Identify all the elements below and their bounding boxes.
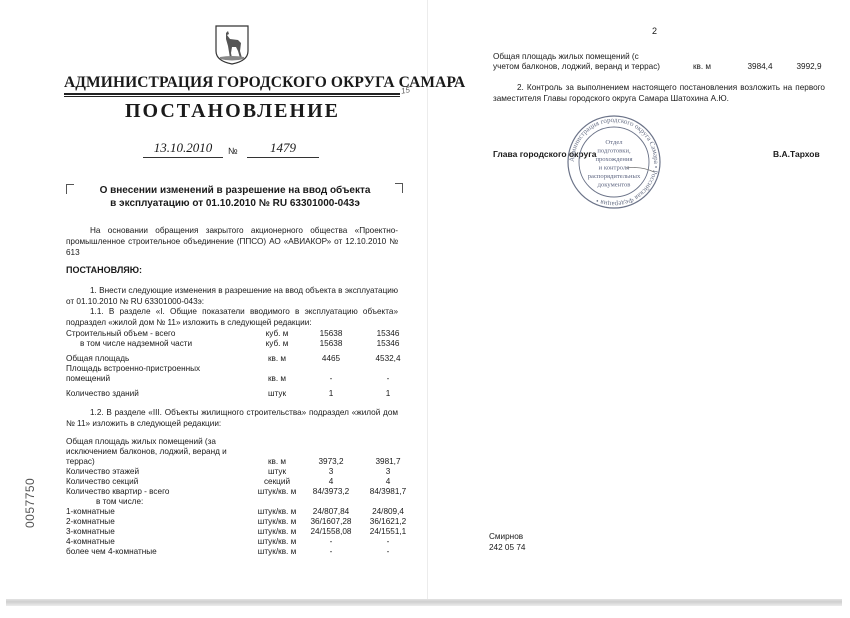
cell-unit: кв. м xyxy=(677,62,727,72)
basis-text: На основании обращения закрытого акционе… xyxy=(66,226,398,257)
cell-unit: штук/кв. м xyxy=(252,527,302,537)
cell-label: учетом балконов, лоджий, веранд и террас… xyxy=(493,62,693,72)
cell-old: 4465 xyxy=(296,354,366,364)
table-row: Общая площадь жилых помещений (за xyxy=(66,437,406,447)
signature-name: В.А.Тархов xyxy=(773,149,820,159)
table-row: Количество квартир - всегоштук/кв. м84/3… xyxy=(66,487,406,497)
section1-indicators-table: Строительный объем - всегокуб. м15638153… xyxy=(66,329,406,399)
table-row: 4-комнатныештук/кв. м-- xyxy=(66,537,406,547)
section3-housing-table: Общая площадь жилых помещений (заисключе… xyxy=(66,437,406,557)
cell-label: Количество секций xyxy=(66,477,236,487)
subject-bracket-left xyxy=(66,184,74,194)
table-row: в том числе надземной частикуб. м1563815… xyxy=(66,339,406,349)
table-row: 1-комнатныештук/кв. м24/807,8424/809,4 xyxy=(66,507,406,517)
cell-new: 15346 xyxy=(358,329,418,339)
cell-unit: штук/кв. м xyxy=(252,517,302,527)
cell-label: 3-комнатные xyxy=(66,527,236,537)
table-row: 3-комнатныештук/кв. м24/1558,0824/1551,1 xyxy=(66,527,406,537)
cell-unit: штук/кв. м xyxy=(252,537,302,547)
cell-new: 84/3981,7 xyxy=(358,487,418,497)
subject-line-1: О внесении изменений в разрешение на вво… xyxy=(80,184,390,197)
cell-old: 36/1607,28 xyxy=(296,517,366,527)
cell-old: - xyxy=(296,537,366,547)
cell-label: Общая площадь жилых помещений (за xyxy=(66,437,236,447)
svg-text:и контроля: и контроля xyxy=(599,165,630,172)
cell-label: более чем 4-комнатные xyxy=(66,547,236,557)
paragraph-2-text: 2. Контроль за выполнением настоящего по… xyxy=(493,83,825,103)
table-row: исключением балконов, лоджий, веранд и xyxy=(66,447,406,457)
cell-label: в том числе: xyxy=(66,497,266,507)
executor-phone: 242 05 74 xyxy=(489,542,525,553)
samara-coat-of-arms-icon xyxy=(214,25,250,65)
cell-new: 36/1621,2 xyxy=(358,517,418,527)
cell-old: 15638 xyxy=(296,339,366,349)
document-date: 13.10.2010 xyxy=(143,140,223,158)
subject-bracket-right xyxy=(395,183,403,193)
cell-unit: кв. м xyxy=(252,457,302,467)
cell-label: Строительный объем - всего xyxy=(66,329,236,339)
svg-text:документов: документов xyxy=(598,182,631,189)
cell-new: 15346 xyxy=(358,339,418,349)
svg-text:Отдел: Отдел xyxy=(605,139,623,146)
cell-label: Общая площадь xyxy=(66,354,236,364)
cell-old: 3 xyxy=(296,467,366,477)
header-rule-thick xyxy=(64,93,400,95)
archive-number: 0057750 xyxy=(23,468,37,528)
svg-text:распорядительных: распорядительных xyxy=(588,173,641,180)
cell-new: - xyxy=(358,547,418,557)
cell-old: - xyxy=(296,374,366,384)
cell-old: 24/1558,08 xyxy=(296,527,366,537)
table-row: Количество секцийсекций44 xyxy=(66,477,406,487)
paragraph-1: 1. Внести следующие изменения в разрешен… xyxy=(66,285,398,307)
scan-edge xyxy=(6,599,842,606)
cell-unit: куб. м xyxy=(252,339,302,349)
page-number: 2 xyxy=(652,26,657,36)
document-number: 1479 xyxy=(247,140,319,158)
svg-text:подготовки,: подготовки, xyxy=(597,148,631,155)
organization-title: АДМИНИСТРАЦИЯ ГОРОДСКОГО ОКРУГА САМАРА xyxy=(64,74,400,92)
margin-note: 15 xyxy=(400,85,410,95)
cell-new: 24/809,4 xyxy=(358,507,418,517)
cell-new: 3992,9 xyxy=(779,62,839,72)
cell-label: террас) xyxy=(66,457,236,467)
basis-paragraph: На основании обращения закрытого акционе… xyxy=(66,225,398,258)
paragraph-1-1: 1.1. В разделе «I. Общие показатели ввод… xyxy=(66,306,398,328)
cell-new: 3981,7 xyxy=(358,457,418,467)
paragraph-2: 2. Контроль за выполнением настоящего по… xyxy=(493,82,825,104)
cell-unit: секций xyxy=(252,477,302,487)
executor-name: Смирнов xyxy=(489,531,525,542)
document-subject: О внесении изменений в разрешение на вво… xyxy=(80,184,390,210)
cell-new: 3 xyxy=(358,467,418,477)
table-row: Строительный объем - всегокуб. м15638153… xyxy=(66,329,406,339)
cell-unit: штук xyxy=(252,389,302,399)
header-rule-thin xyxy=(64,96,400,97)
executor-info: Смирнов 242 05 74 xyxy=(489,531,525,553)
paragraph-1-text: 1. Внести следующие изменения в разрешен… xyxy=(66,286,398,306)
table-row: в том числе: xyxy=(66,497,406,507)
cell-label: Количество зданий xyxy=(66,389,236,399)
cell-unit: кв. м xyxy=(252,354,302,364)
cell-old: 3973,2 xyxy=(296,457,366,467)
cell-new: - xyxy=(358,537,418,547)
table-row: учетом балконов, лоджий, веранд и террас… xyxy=(493,62,823,72)
table-row: 2-комнатныештук/кв. м36/1607,2836/1621,2 xyxy=(66,517,406,527)
cell-label: 1-комнатные xyxy=(66,507,236,517)
cell-unit: кв. м xyxy=(252,374,302,384)
table-row: более чем 4-комнатныештук/кв. м-- xyxy=(66,547,406,557)
cell-new: 4532,4 xyxy=(358,354,418,364)
table-row: террас)кв. м3973,23981,7 xyxy=(66,457,406,467)
table-row: Площадь встроенно-пристроенных xyxy=(66,364,406,374)
cell-old: - xyxy=(296,547,366,557)
table-row: Общая площадькв. м44654532,4 xyxy=(66,354,406,364)
table-row: помещенийкв. м-- xyxy=(66,374,406,384)
table-row: Общая площадь жилых помещений (с xyxy=(493,52,823,62)
cell-unit: штук/кв. м xyxy=(252,547,302,557)
number-label: № xyxy=(228,146,238,156)
cell-old: 4 xyxy=(296,477,366,487)
cell-label: в том числе надземной части xyxy=(66,339,250,349)
cell-new: - xyxy=(358,374,418,384)
cell-label: Площадь встроенно-пристроенных xyxy=(66,364,236,374)
cell-old: 1 xyxy=(296,389,366,399)
cell-label: Количество этажей xyxy=(66,467,236,477)
svg-text:прохождения: прохождения xyxy=(595,156,632,163)
official-seal-stamp-icon: Администрация городского округа Самара •… xyxy=(566,114,662,210)
cell-new: 4 xyxy=(358,477,418,487)
cell-label: Количество квартир - всего xyxy=(66,487,236,497)
cell-new: 1 xyxy=(358,389,418,399)
cell-label: 4-комнатные xyxy=(66,537,236,547)
paragraph-1-2: 1.2. В разделе «III. Объекты жилищного с… xyxy=(66,407,398,429)
page2-housing-table: Общая площадь жилых помещений (сучетом б… xyxy=(493,52,823,72)
subject-line-2: в эксплуатацию от 01.10.2010 № RU 633010… xyxy=(80,197,390,210)
cell-label: Общая площадь жилых помещений (с xyxy=(493,52,693,62)
resolve-heading: ПОСТАНОВЛЯЮ: xyxy=(66,265,142,275)
cell-label: помещений xyxy=(66,374,236,384)
paragraph-1-2-text: 1.2. В разделе «III. Объекты жилищного с… xyxy=(66,408,398,428)
cell-new: 24/1551,1 xyxy=(358,527,418,537)
cell-old: 15638 xyxy=(296,329,366,339)
paragraph-1-1-text: 1.1. В разделе «I. Общие показатели ввод… xyxy=(66,307,398,327)
cell-unit: штук/кв. м xyxy=(252,487,302,497)
cell-old: 84/3973,2 xyxy=(296,487,366,497)
table-row: Количество этажейштук33 xyxy=(66,467,406,477)
cell-old: 24/807,84 xyxy=(296,507,366,517)
cell-label: 2-комнатные xyxy=(66,517,236,527)
cell-unit: штук/кв. м xyxy=(252,507,302,517)
table-row: Количество зданийштук11 xyxy=(66,389,406,399)
cell-unit: куб. м xyxy=(252,329,302,339)
cell-unit: штук xyxy=(252,467,302,477)
cell-label: исключением балконов, лоджий, веранд и xyxy=(66,447,236,457)
document-type-title: ПОСТАНОВЛЕНИЕ xyxy=(0,100,465,123)
